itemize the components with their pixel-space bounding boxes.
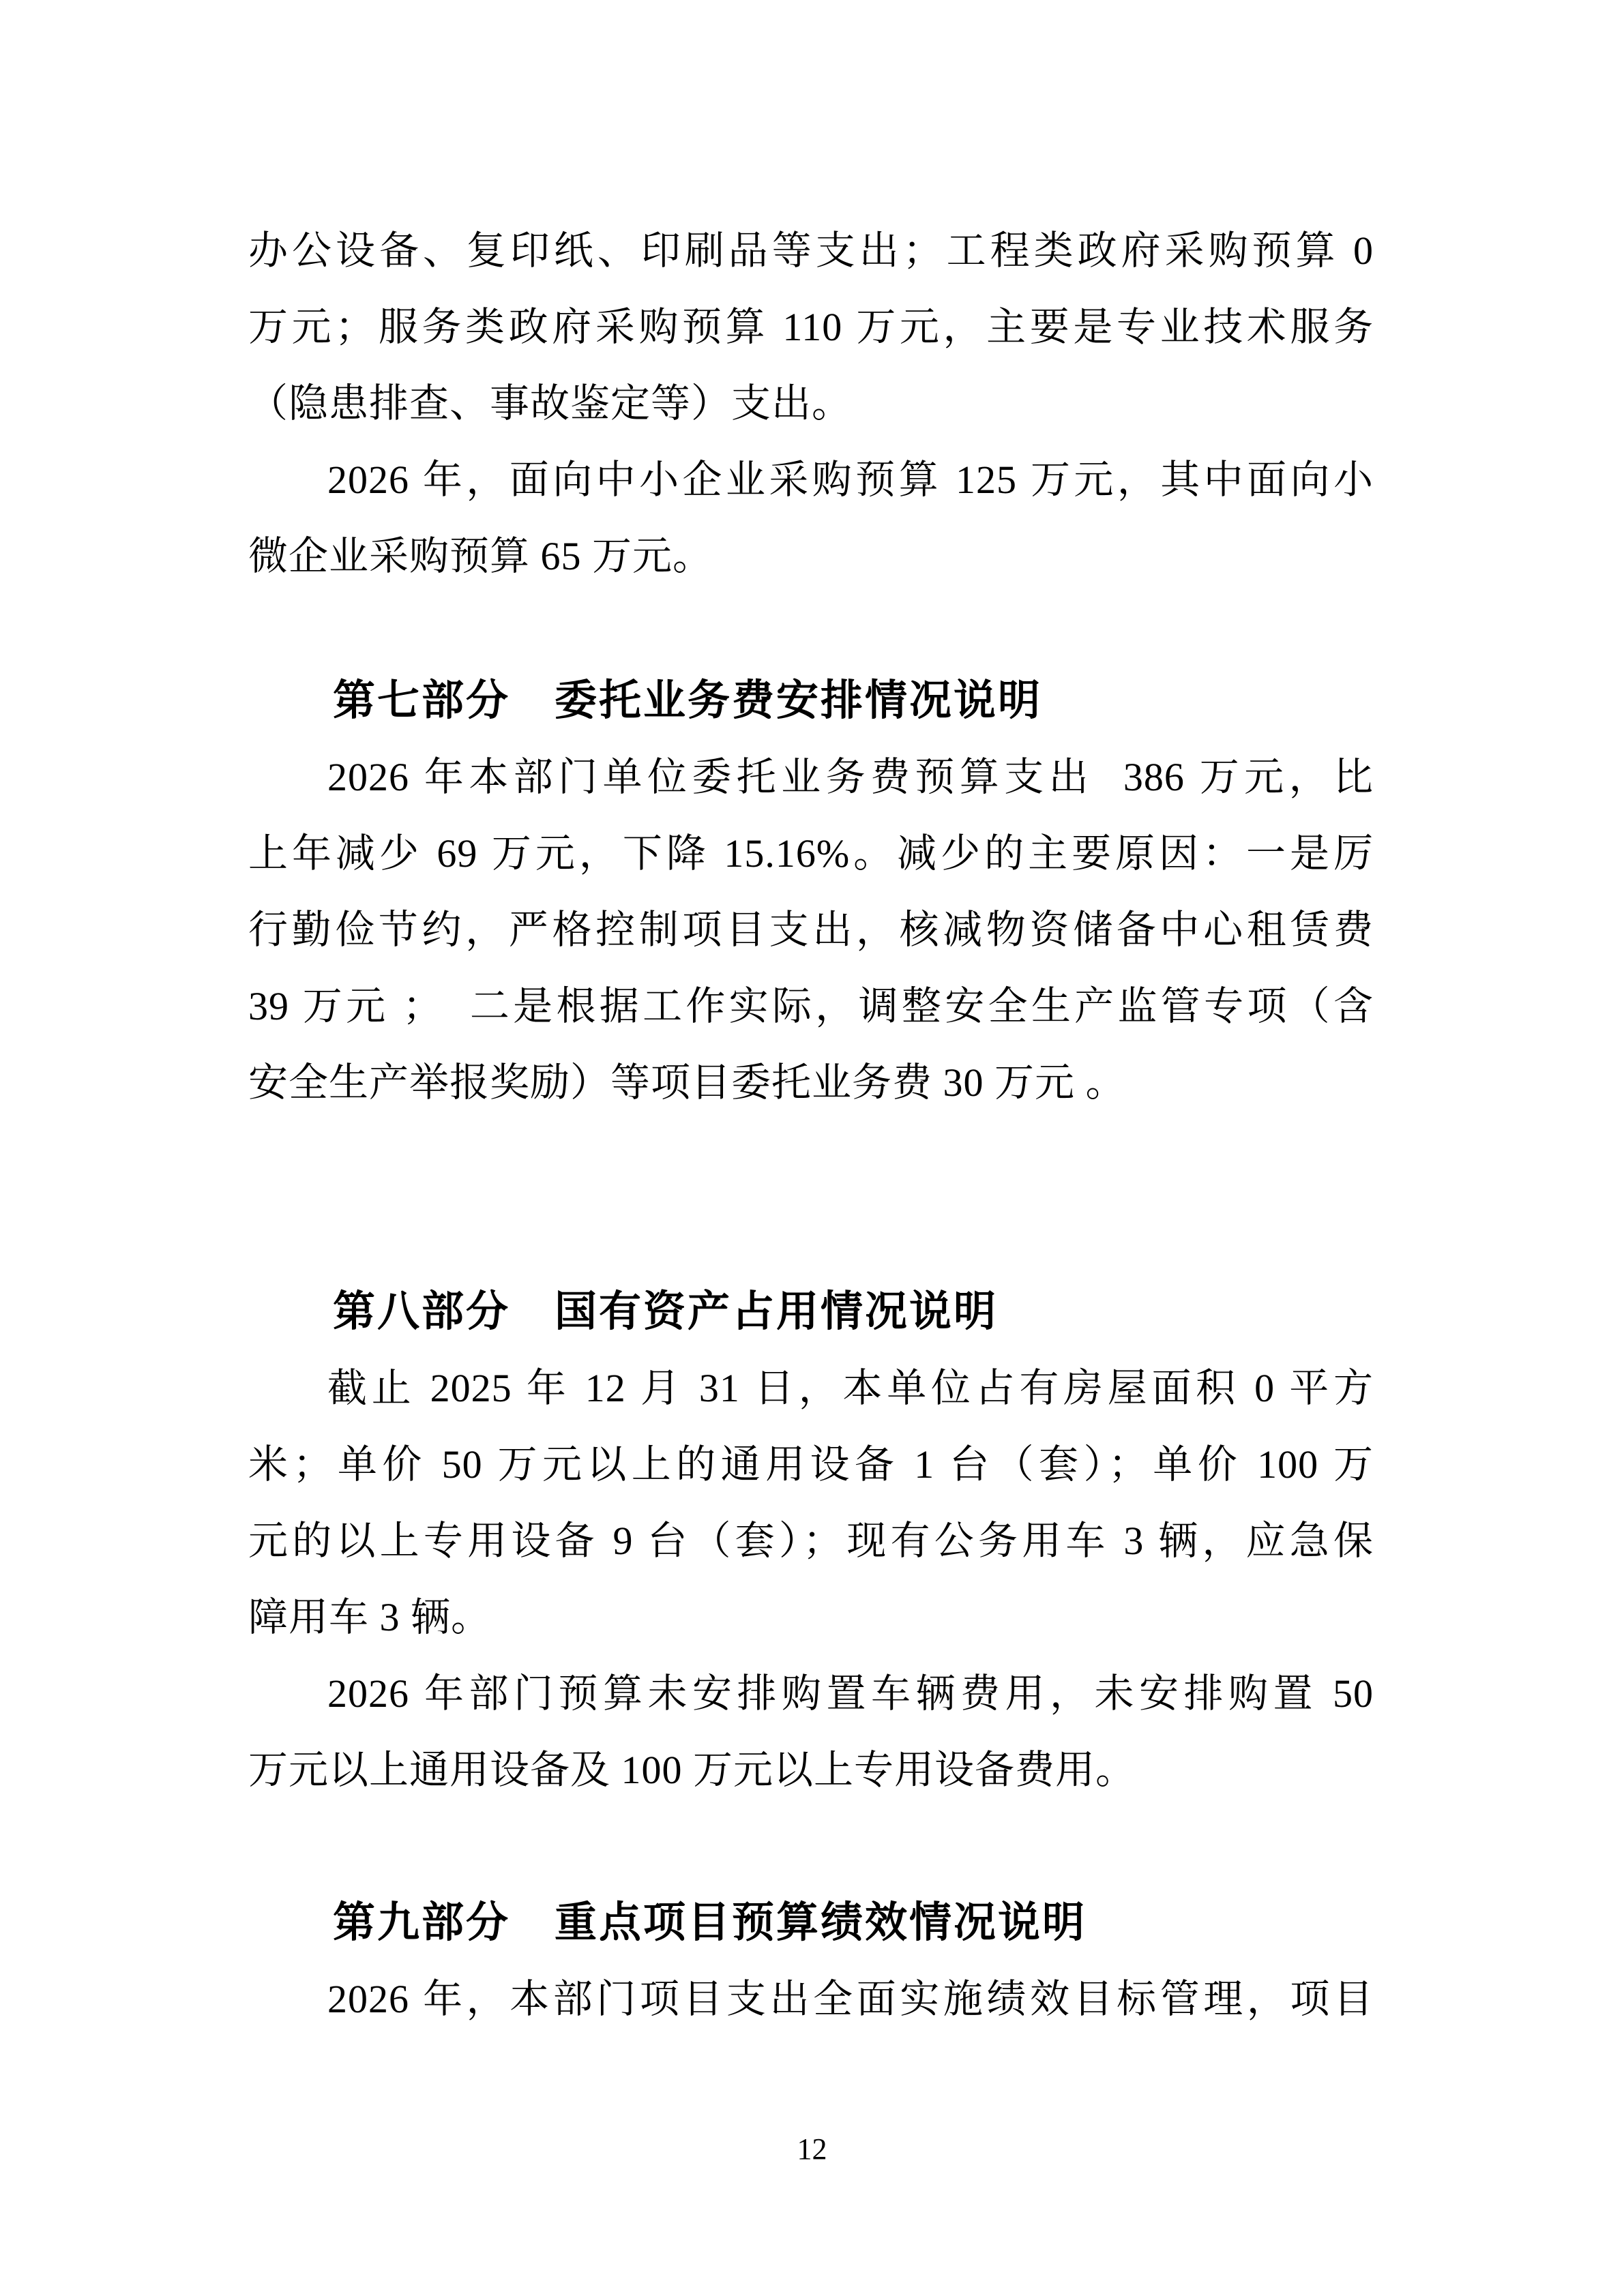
para-procurement-continued: 办公设备、复印纸、印刷品等支出；工程类政府采购预算 0 万元；服务类政府采购预算… (248, 213, 1374, 442)
document-page: 办公设备、复印纸、印刷品等支出；工程类政府采购预算 0 万元；服务类政府采购预算… (0, 0, 1624, 2296)
text-line: 万元以上通用设备及 100 万元以上专用设备费用。 (248, 1732, 1374, 1808)
text-line: 行勤俭节约，严格控制项目支出，核减物资储备中心租赁费 (248, 892, 1374, 968)
text-line: 2026 年本部门单位委托业务费预算支出 386 万元，比 (248, 739, 1374, 816)
para-sme-procurement: 2026 年，面向中小企业采购预算 125 万元，其中面向小 微企业采购预算 6… (248, 442, 1374, 595)
section-8-heading: 第八部分 国有资产占用情况说明 (248, 1274, 1374, 1350)
text-line: （隐患排查、事故鉴定等）支出。 (248, 366, 1374, 442)
section-7-paragraph: 2026 年本部门单位委托业务费预算支出 386 万元，比 上年减少 69 万元… (248, 739, 1374, 1121)
text-line: 2026 年部门预算未安排购置车辆费用，未安排购置 50 (248, 1656, 1374, 1732)
text-line: 截止 2025 年 12 月 31 日，本单位占有房屋面积 0 平方 (248, 1350, 1374, 1427)
text-line: 元的以上专用设备 9 台（套）；现有公务用车 3 辆，应急保 (248, 1503, 1374, 1579)
text-line: 2026 年，面向中小企业采购预算 125 万元，其中面向小 (248, 442, 1374, 518)
section-8-paragraph-no-purchase: 2026 年部门预算未安排购置车辆费用，未安排购置 50 万元以上通用设备及 1… (248, 1656, 1374, 1808)
page-number: 12 (0, 2129, 1624, 2170)
text-line: 安全生产举报奖励）等项目委托业务费 30 万元 。 (248, 1045, 1374, 1121)
text-line: 办公设备、复印纸、印刷品等支出；工程类政府采购预算 0 (248, 213, 1374, 289)
text-line: 障用车 3 辆。 (248, 1579, 1374, 1656)
section-8-paragraph-assets: 截止 2025 年 12 月 31 日，本单位占有房屋面积 0 平方 米；单价 … (248, 1350, 1374, 1656)
text-line: 米；单价 50 万元以上的通用设备 1 台（套）；单价 100 万 (248, 1427, 1374, 1503)
section-7-heading: 第七部分 委托业务费安排情况说明 (248, 663, 1374, 739)
text-block: 办公设备、复印纸、印刷品等支出；工程类政府采购预算 0 万元；服务类政府采购预算… (248, 213, 1374, 2038)
text-line: 万元；服务类政府采购预算 110 万元，主要是专业技术服务 (248, 289, 1374, 366)
section-9-heading: 第九部分 重点项目预算绩效情况说明 (248, 1885, 1374, 1961)
text-line: 微企业采购预算 65 万元。 (248, 518, 1374, 595)
text-line: 2026 年，本部门项目支出全面实施绩效目标管理，项目 (248, 1961, 1374, 2038)
text-line: 上年减少 69 万元，下降 15.16%。减少的主要原因：一是厉 (248, 816, 1374, 892)
section-9-paragraph: 2026 年，本部门项目支出全面实施绩效目标管理，项目 (248, 1961, 1374, 2038)
text-line: 39 万元 ； 二是根据工作实际，调整安全生产监管专项（含 (248, 968, 1374, 1045)
